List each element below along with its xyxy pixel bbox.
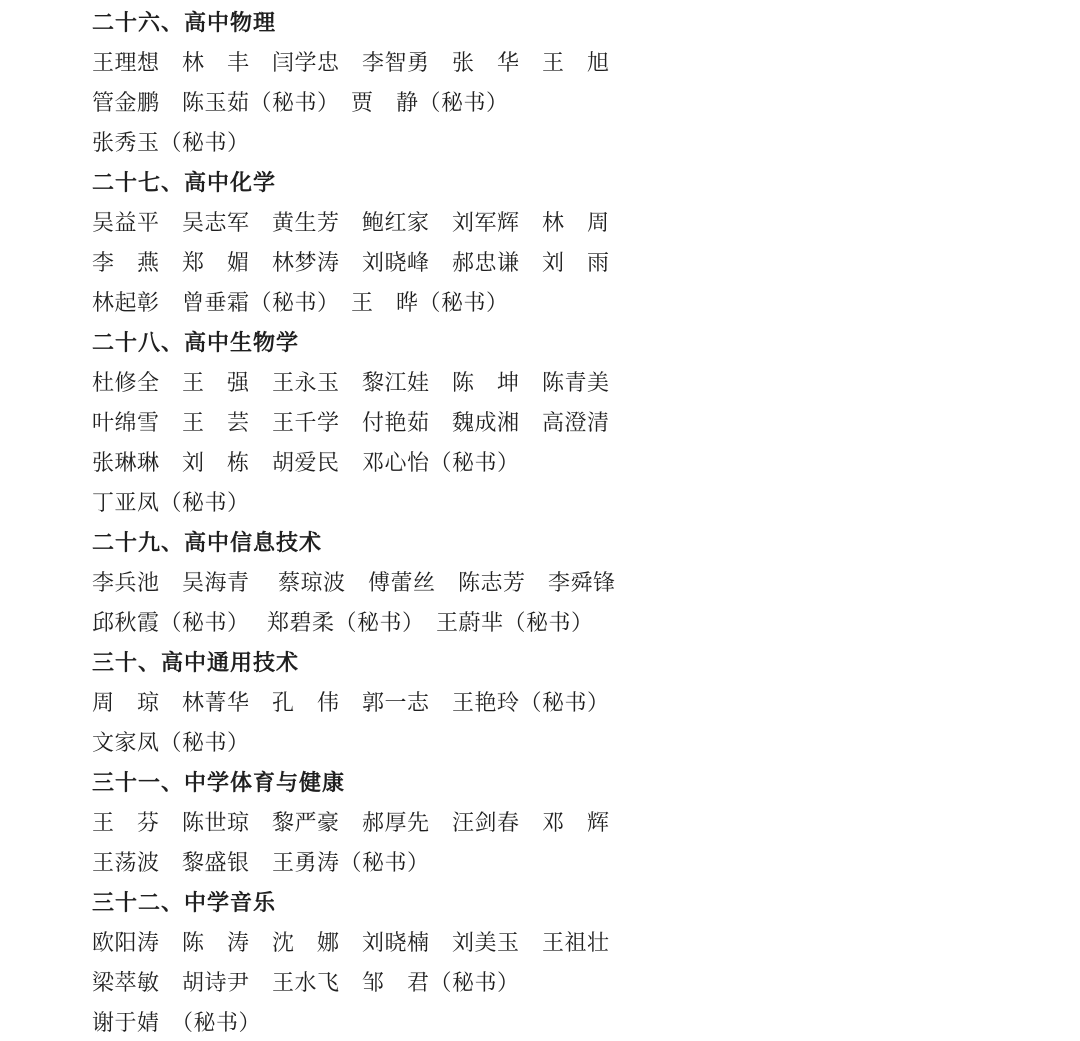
name-line: 周 琼 林菁华 孔 伟 郭一志 王艳玲（秘书） — [92, 683, 1020, 723]
section-heading: 二十八、高中生物学 — [92, 323, 1020, 363]
name-line: 王荡波 黎盛银 王勇涛（秘书） — [92, 843, 1020, 883]
name-line: 叶绵雪 王 芸 王千学 付艳茹 魏成湘 高澄清 — [92, 403, 1020, 443]
name-line: 吴益平 吴志军 黄生芳 鲍红家 刘军辉 林 周 — [92, 203, 1020, 243]
name-line: 欧阳涛 陈 涛 沈 娜 刘晓楠 刘美玉 王祖壮 — [92, 923, 1020, 963]
name-line: 管金鹏 陈玉茹（秘书） 贾 静（秘书） — [92, 83, 1020, 123]
name-line: 丁亚凤（秘书） — [92, 483, 1020, 523]
section-heading: 二十七、高中化学 — [92, 163, 1020, 203]
section-heading: 三十一、中学体育与健康 — [92, 763, 1020, 803]
name-line: 李 燕 郑 媚 林梦涛 刘晓峰 郝忠谦 刘 雨 — [92, 243, 1020, 283]
name-line: 林起彰 曾垂霜（秘书） 王 晔（秘书） — [92, 283, 1020, 323]
name-line: 李兵池 吴海青 蔡琼波 傅蕾丝 陈志芳 李舜锋 — [92, 563, 1020, 603]
section-heading: 三十二、中学音乐 — [92, 883, 1020, 923]
section-heading: 三十、高中通用技术 — [92, 643, 1020, 683]
document-body: 二十六、高中物理王理想 林 丰 闫学忠 李智勇 张 华 王 旭管金鹏 陈玉茹（秘… — [0, 0, 1080, 1041]
section-heading: 二十九、高中信息技术 — [92, 523, 1020, 563]
name-line: 谢于婧 （秘书） — [92, 1003, 1020, 1041]
name-line: 文家凤（秘书） — [92, 723, 1020, 763]
name-line: 王理想 林 丰 闫学忠 李智勇 张 华 王 旭 — [92, 43, 1020, 83]
name-line: 张秀玉（秘书） — [92, 123, 1020, 163]
name-line: 王 芬 陈世琼 黎严豪 郝厚先 汪剑春 邓 辉 — [92, 803, 1020, 843]
name-line: 梁萃敏 胡诗尹 王水飞 邹 君（秘书） — [92, 963, 1020, 1003]
document-page: 二十六、高中物理王理想 林 丰 闫学忠 李智勇 张 华 王 旭管金鹏 陈玉茹（秘… — [0, 0, 1080, 1041]
name-line: 杜修全 王 强 王永玉 黎江娃 陈 坤 陈青美 — [92, 363, 1020, 403]
name-line: 张琳琳 刘 栋 胡爱民 邓心怡（秘书） — [92, 443, 1020, 483]
section-heading: 二十六、高中物理 — [92, 3, 1020, 43]
name-line: 邱秋霞（秘书） 郑碧柔（秘书） 王蔚芈（秘书） — [92, 603, 1020, 643]
